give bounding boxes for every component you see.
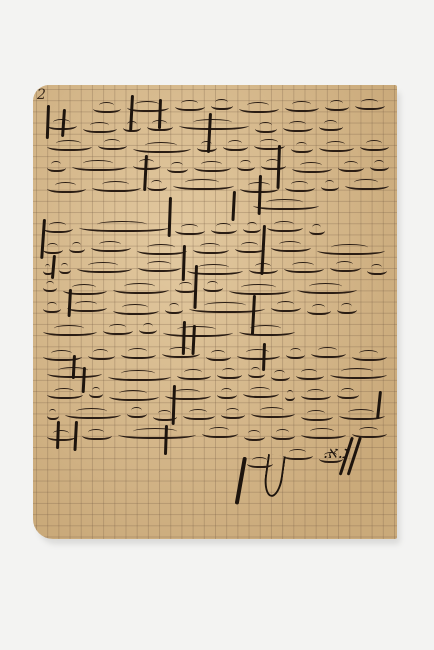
handwritten-word — [301, 428, 346, 439]
handwritten-word — [330, 368, 387, 379]
scene: 2 ג.א. — [0, 0, 434, 650]
handwritten-word — [165, 303, 183, 314]
pen-descender-stroke — [56, 421, 59, 449]
handwritten-word — [43, 325, 97, 336]
handwritten-word — [43, 281, 57, 292]
handwritten-word — [65, 408, 121, 419]
handwritten-word — [98, 139, 127, 150]
handwritten-word — [271, 241, 311, 252]
handwritten-line — [43, 213, 387, 235]
handwritten-word — [202, 427, 237, 438]
handwritten-word — [283, 449, 313, 460]
handwritten-word — [77, 262, 132, 273]
handwritten-word — [345, 179, 389, 190]
handwritten-word — [43, 302, 61, 313]
handwritten-word — [113, 304, 159, 315]
handwritten-word — [307, 304, 331, 315]
handwritten-word — [235, 242, 265, 253]
handwritten-word — [261, 159, 285, 170]
handwritten-line — [43, 293, 387, 315]
handwritten-word — [133, 159, 161, 170]
handwritten-word — [82, 429, 111, 440]
handwritten-word — [271, 301, 301, 312]
handwritten-word — [91, 241, 131, 252]
handwritten-word — [330, 261, 362, 272]
handwritten-word — [47, 430, 76, 441]
handwritten-word — [127, 407, 147, 418]
handwritten-word — [360, 140, 389, 151]
page-number-mark: 2 — [37, 87, 46, 103]
handwritten-word — [47, 182, 86, 193]
handwritten-word — [92, 181, 141, 192]
handwritten-word — [67, 301, 107, 312]
handwritten-word — [251, 407, 295, 418]
signature-word — [247, 457, 273, 468]
handwritten-word — [311, 347, 346, 358]
handwritten-word — [355, 99, 385, 110]
handwritten-line — [47, 359, 387, 381]
letter-sheet: 2 ג.א. — [33, 85, 397, 539]
handwritten-line — [47, 399, 387, 421]
handwritten-word — [271, 429, 295, 440]
handwritten-line — [43, 315, 387, 337]
closing-initials: ג.א. — [323, 443, 348, 463]
handwritten-word — [286, 348, 305, 359]
handwritten-word — [319, 120, 343, 131]
handwritten-word — [179, 119, 249, 130]
handwritten-word — [352, 427, 387, 438]
handwritten-word — [243, 222, 261, 233]
handwritten-word — [47, 140, 92, 151]
handwritten-line — [47, 151, 389, 173]
handwritten-word — [239, 325, 295, 336]
handwritten-word — [72, 160, 128, 171]
handwritten-word — [47, 388, 83, 399]
handwritten-word — [163, 326, 233, 337]
handwritten-line — [93, 91, 391, 113]
handwritten-word — [203, 281, 223, 292]
handwritten-word — [223, 140, 248, 151]
handwritten-word — [217, 388, 237, 399]
handwritten-word — [118, 428, 196, 439]
handwritten-word — [337, 388, 359, 399]
handwritten-word — [243, 387, 279, 398]
handwritten-word — [237, 160, 256, 171]
handwritten-word — [284, 262, 323, 273]
handwritten-word — [69, 242, 85, 253]
handwritten-word — [147, 180, 166, 191]
handwritten-line — [47, 419, 387, 441]
handwritten-word — [370, 160, 389, 171]
handwritten-word — [89, 387, 103, 398]
handwritten-word — [175, 100, 205, 111]
handwritten-line — [43, 273, 387, 295]
handwritten-word — [139, 323, 157, 334]
handwritten-line — [47, 131, 389, 153]
handwritten-word — [43, 222, 73, 233]
handwritten-line — [47, 171, 389, 193]
handwritten-word — [254, 139, 285, 150]
signature-stroke — [235, 457, 247, 505]
handwritten-word — [337, 303, 357, 314]
handwritten-word — [267, 221, 303, 232]
handwritten-word — [325, 100, 349, 111]
handwritten-word — [173, 179, 235, 190]
pen-descender-stroke — [164, 425, 168, 455]
handwritten-word — [321, 180, 339, 191]
handwritten-line — [43, 339, 387, 361]
handwritten-line — [43, 233, 387, 255]
handwritten-word — [121, 348, 156, 359]
handwritten-line — [253, 191, 389, 213]
handwritten-word — [253, 199, 319, 210]
handwritten-word — [103, 324, 133, 335]
handwritten-word — [211, 99, 233, 110]
handwritten-word — [217, 368, 242, 379]
handwritten-line — [47, 379, 387, 401]
handwritten-line — [47, 111, 389, 133]
handwritten-word — [138, 261, 181, 272]
handwritten-word — [244, 430, 266, 441]
handwritten-word — [79, 221, 169, 232]
handwritten-line — [43, 253, 387, 275]
handwritten-word — [221, 408, 245, 419]
